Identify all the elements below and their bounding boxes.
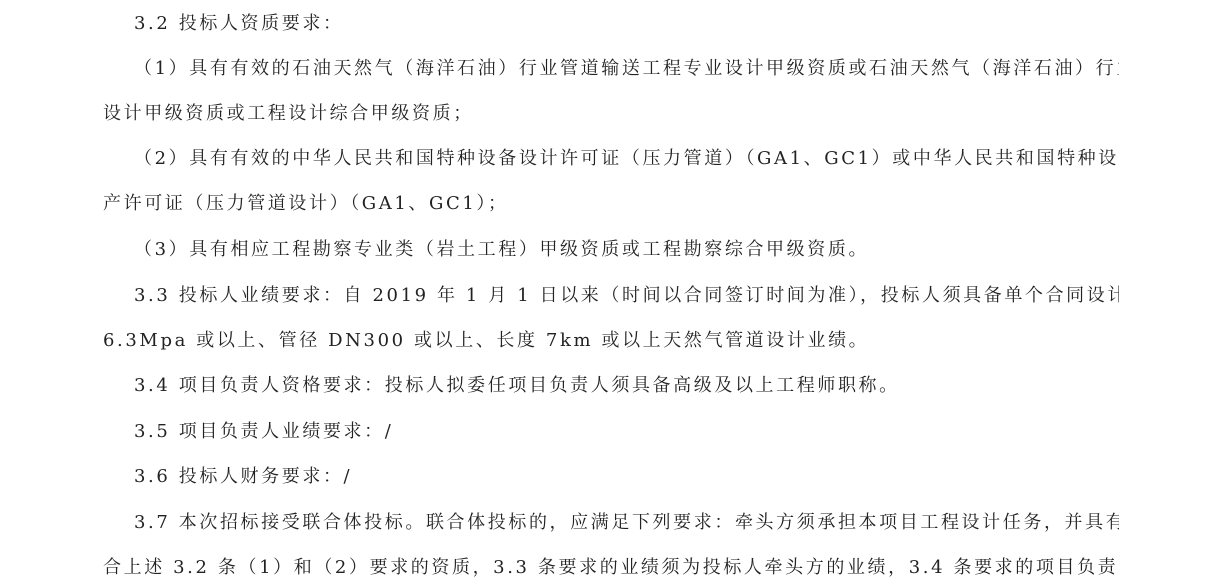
qualification-item-1-cont: 设计甲级资质或工程设计综合甲级资质； bbox=[103, 102, 1119, 126]
section-3-2-heading: 3.2 投标人资质要求： bbox=[134, 12, 1119, 36]
document-page: 3.2 投标人资质要求： （1）具有有效的石油天然气（海洋石油）行业管道输送工程… bbox=[0, 0, 1206, 588]
section-3-5-manager-performance: 3.5 项目负责人业绩要求：/ bbox=[134, 420, 1119, 444]
section-3-7-consortium: 3.7 本次招标接受联合体投标。联合体投标的，应满足下列要求：牵头方须承担本项目… bbox=[134, 511, 1119, 535]
section-3-3-performance: 3.3 投标人业绩要求：自 2019 年 1 月 1 日以来（时间以合同签订时间… bbox=[134, 284, 1119, 308]
section-3-4-manager-qualification: 3.4 项目负责人资格要求：投标人拟委任项目负责人须具备高级及以上工程师职称。 bbox=[134, 374, 1119, 398]
section-3-3-performance-cont: 6.3Mpa 或以上、管径 DN300 或以上、长度 7km 或以上天然气管道设… bbox=[103, 329, 1119, 353]
qualification-item-1: （1）具有有效的石油天然气（海洋石油）行业管道输送工程专业设计甲级资质或石油天然… bbox=[134, 57, 1119, 81]
qualification-item-2-cont: 产许可证（压力管道设计）（GA1、GC1）； bbox=[103, 192, 1119, 216]
qualification-item-2: （2）具有有效的中华人民共和国特种设备设计许可证（压力管道）（GA1、GC1）或… bbox=[134, 147, 1119, 171]
qualification-item-3: （3）具有相应工程勘察专业类（岩土工程）甲级资质或工程勘察综合甲级资质。 bbox=[134, 238, 1119, 262]
section-3-6-financial: 3.6 投标人财务要求：/ bbox=[134, 465, 1119, 489]
section-3-7-consortium-cont: 合上述 3.2 条（1）和（2）要求的资质，3.3 条要求的业绩须为投标人牵头方… bbox=[103, 556, 1119, 580]
